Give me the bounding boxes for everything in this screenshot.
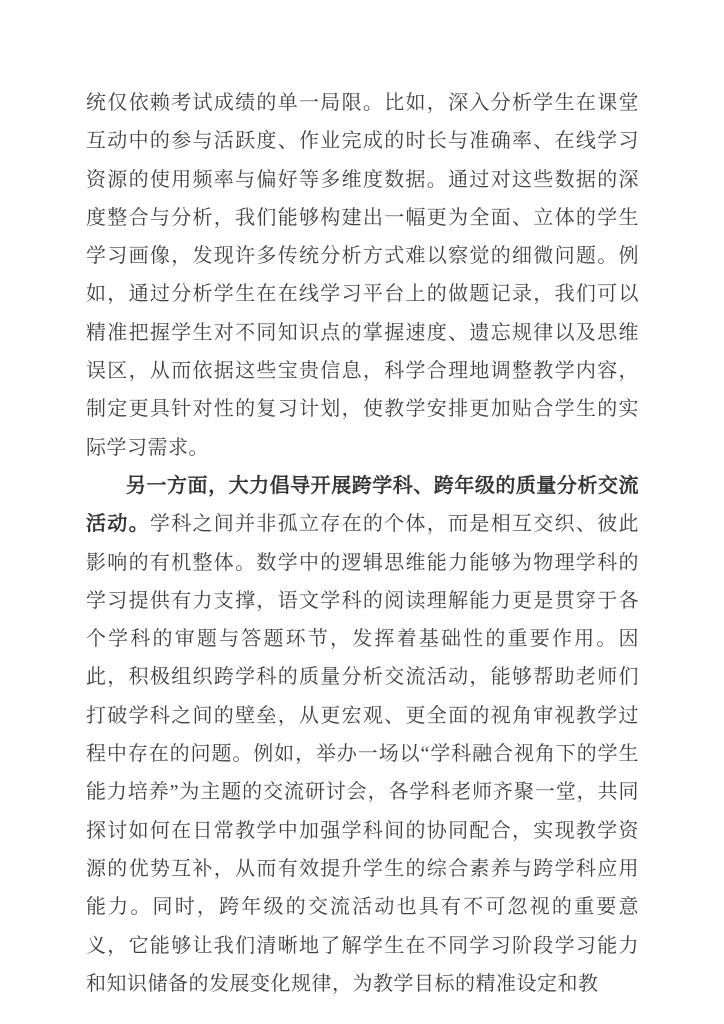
document-body: 统仅依赖考试成绩的单一局限。比如，深入分析学生在课堂互动中的参与活跃度、作业完成…: [86, 84, 639, 1003]
paragraph: 另一方面，大力倡导开展跨学科、跨年级的质量分析交流活动。学科之间并非孤立存在的个…: [86, 467, 639, 1003]
text-run: 学科之间并非孤立存在的个体，而是相互交织、彼此影响的有机整体。数学中的逻辑思维能…: [86, 513, 639, 995]
document-page: 统仅依赖考试成绩的单一局限。比如，深入分析学生在课堂互动中的参与活跃度、作业完成…: [0, 0, 724, 1024]
text-run: 统仅依赖考试成绩的单一局限。比如，深入分析学生在课堂互动中的参与活跃度、作业完成…: [86, 92, 639, 459]
paragraph: 统仅依赖考试成绩的单一局限。比如，深入分析学生在课堂互动中的参与活跃度、作业完成…: [86, 84, 639, 467]
